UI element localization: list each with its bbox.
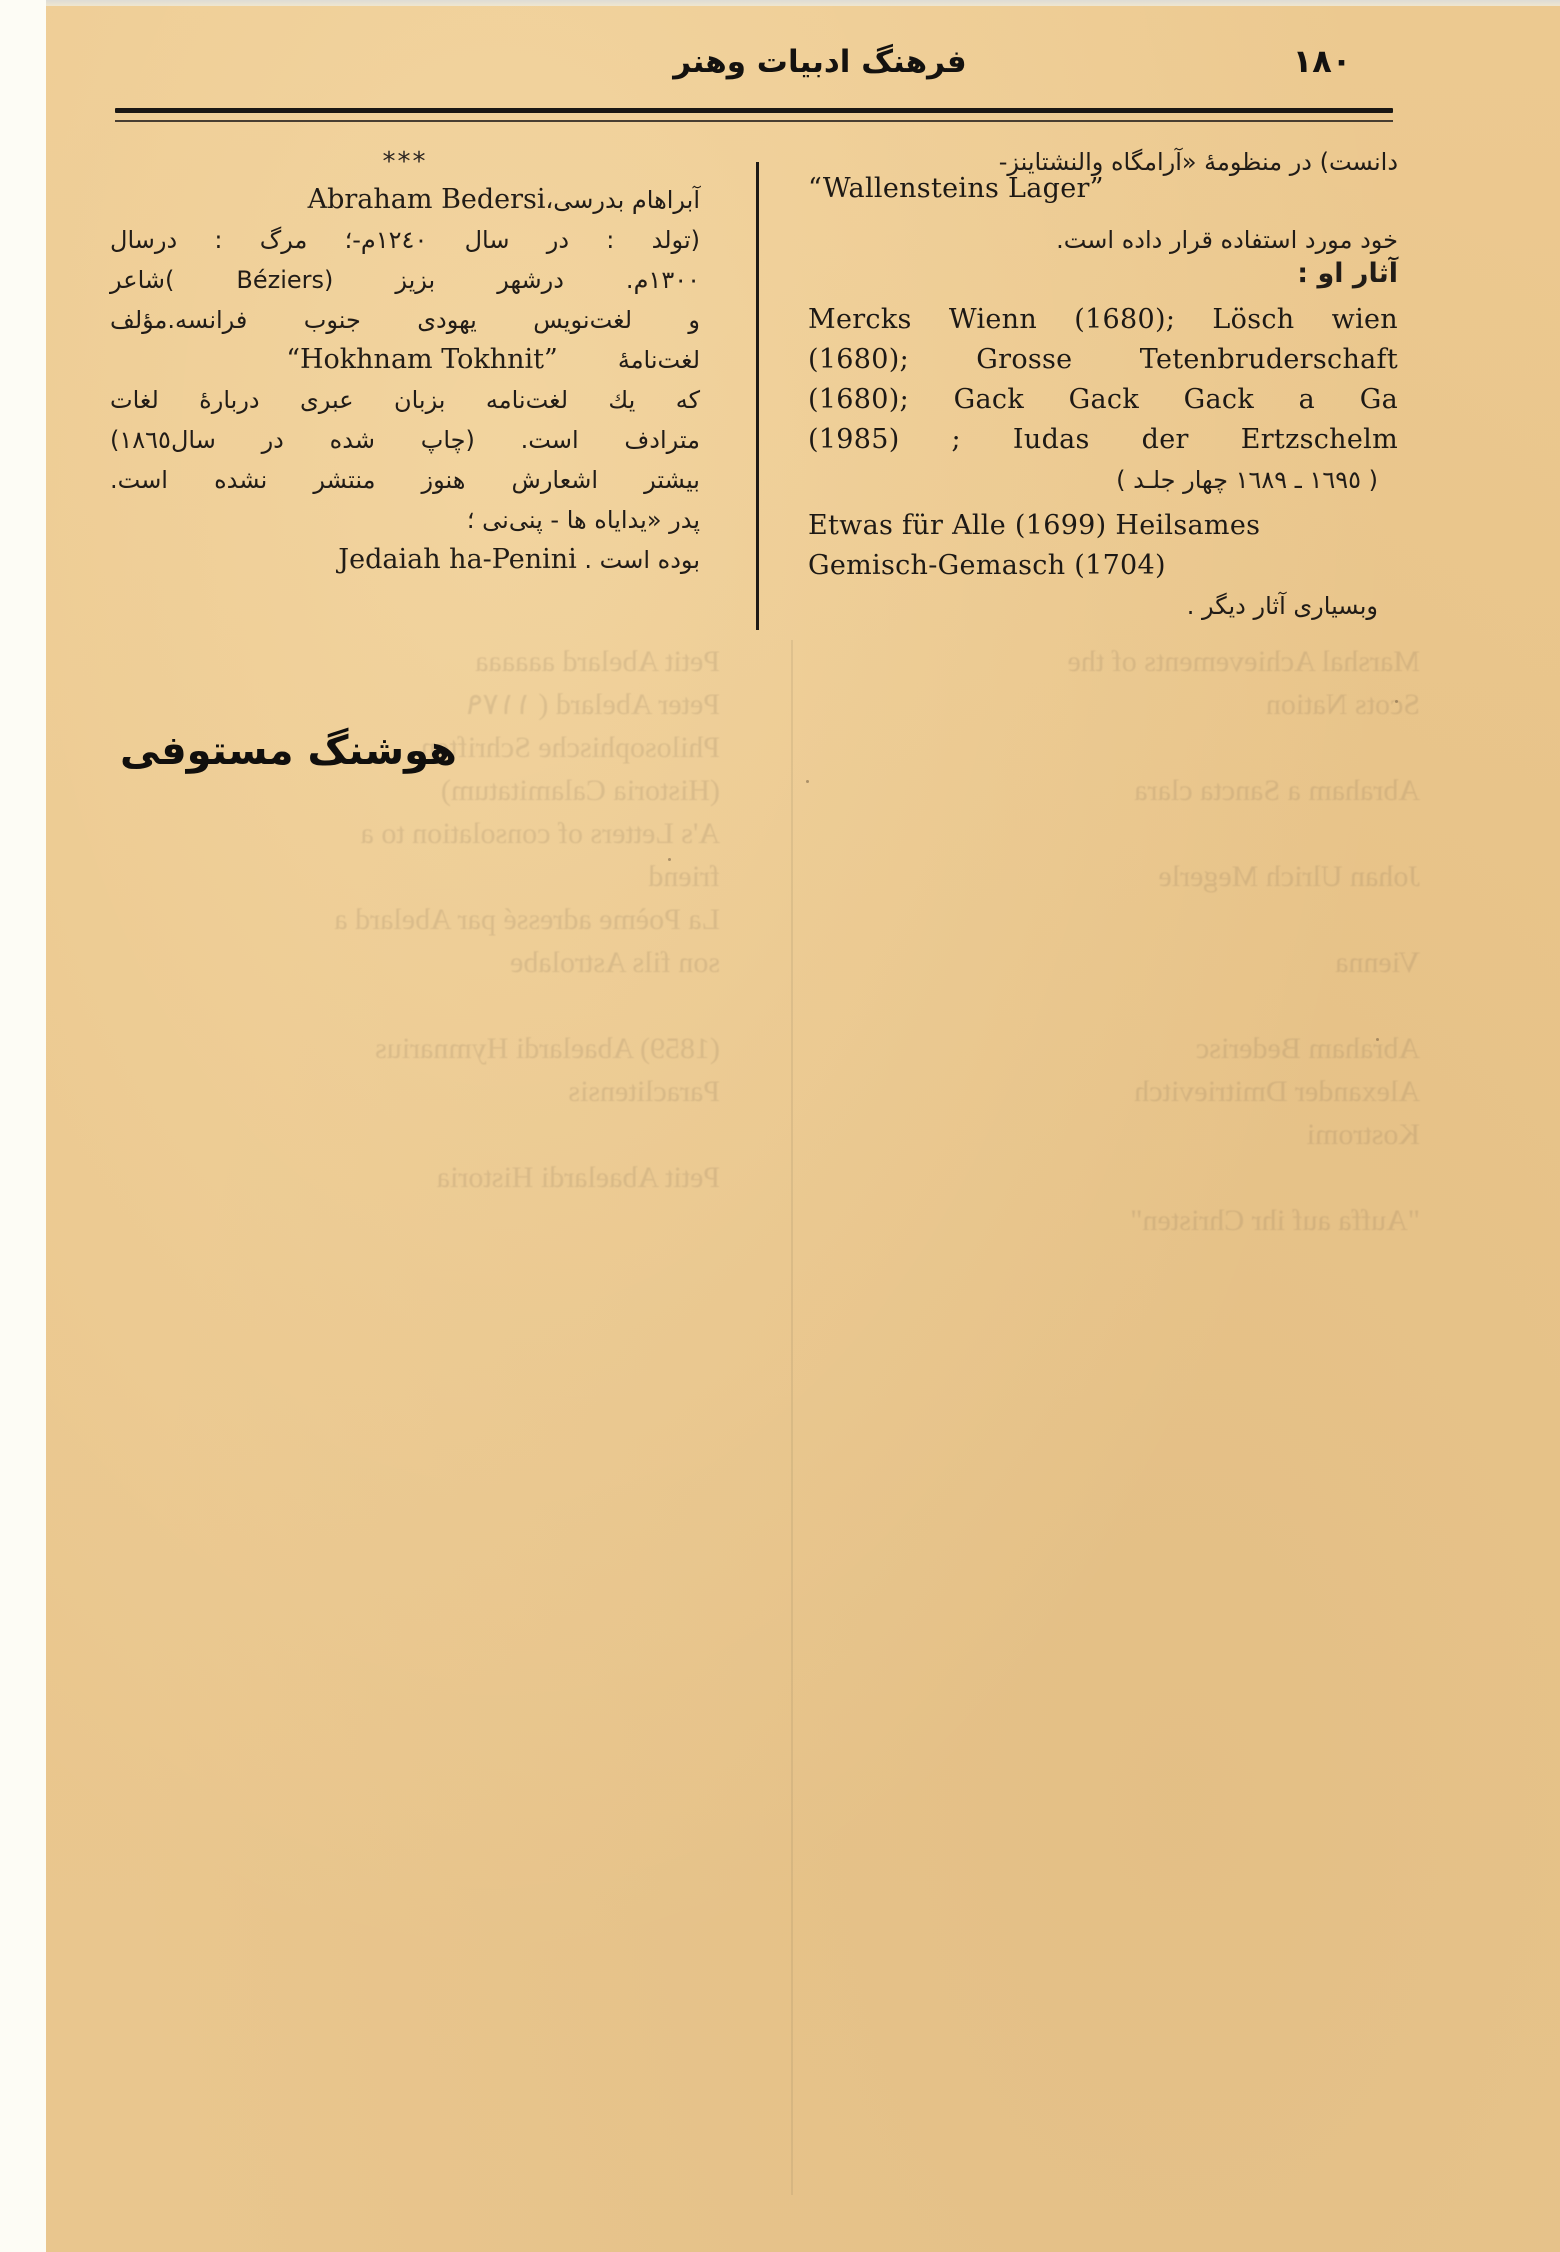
text-line: ١٣٠٠م. درشهر بزیز (Béziers )شاعر [110, 260, 700, 300]
works-list-line: Gemisch-Gemasch (1704) [808, 546, 1398, 586]
header-rule-thick [115, 108, 1393, 113]
works-heading: آثار او : [808, 254, 1398, 294]
works-list-line: (1680); Grosse Tetenbruderschaft [808, 340, 1398, 380]
paper-speck [1395, 700, 1398, 703]
work-title-hokhnam: “Hokhnam Tokhnit” [286, 344, 558, 375]
works-list-line: Mercks Wienn (1680); Lösch wien [808, 300, 1398, 340]
entry-heading: آبراهام بدرسی،Abraham Bedersi [110, 180, 700, 220]
entry-name-fa: آبراهام بدرسی، [546, 186, 700, 214]
person-name-jedaiah: Jedaiah ha-Penini [338, 544, 576, 575]
show-through-divider [791, 640, 793, 2195]
works-list-line: (1985) ; Iudas der Ertzschelm [808, 420, 1398, 460]
text-fragment: لغت‌نامهٔ [618, 346, 700, 374]
text-line: (تولد : در سال ١٢٤٠م-؛ مرگ : درسال [110, 220, 700, 260]
text-line: که یك لغت‌نامه بزبان عبری دربارهٔ لغات [110, 380, 700, 420]
section-separator: *** [110, 144, 700, 180]
running-head-title: فرهنگ ادبیات وهنر [670, 44, 970, 80]
text-line: مترادف است. (چاپ شده در سال١٨٦٥) [110, 420, 700, 460]
header-rule-thin [115, 120, 1393, 122]
text-line: پدر «یدایاه ها - پنی‌نی ؛ [110, 500, 700, 540]
author-signature: هوشنگ مستوفی [120, 728, 460, 774]
right-column: دانست) در منظومهٔ «آرامگاه والنشتاینز- “… [808, 136, 1398, 626]
text-line: بوده است . Jedaiah ha-Penini [110, 540, 700, 580]
paper-speck [668, 858, 671, 861]
works-list-line: (1680); Gack Gack Gack a Ga [808, 380, 1398, 420]
text-line: بیشتر اشعارش هنوز منتشر نشده است. [110, 460, 700, 500]
text-line: وبسیاری آثار دیگر . [808, 586, 1398, 626]
paper-speck [806, 780, 809, 783]
paper-speck [1376, 1038, 1379, 1041]
text-fragment: بوده است . [584, 546, 700, 574]
works-list-line: Etwas für Alle (1699) Heilsames [808, 506, 1398, 546]
running-head: فرهنگ ادبیات وهنر ۱۸۰ [115, 40, 1393, 130]
entry-name-en: Abraham Bedersi [308, 184, 546, 215]
page-number: ۱۸۰ [1287, 42, 1357, 80]
left-column: *** آبراهام بدرسی،Abraham Bedersi (تولد … [110, 136, 700, 580]
text-line: و لغت‌نویس یهودی جنوب فرانسه.مؤلف [110, 300, 700, 340]
column-divider [756, 162, 759, 630]
works-list-line: ( ١٦٩٥ ـ ١٦٨٩ چهار جلـد ) [808, 460, 1398, 500]
entry-work-title-line: لغت‌نامهٔ“Hokhnam Tokhnit” [110, 340, 700, 380]
